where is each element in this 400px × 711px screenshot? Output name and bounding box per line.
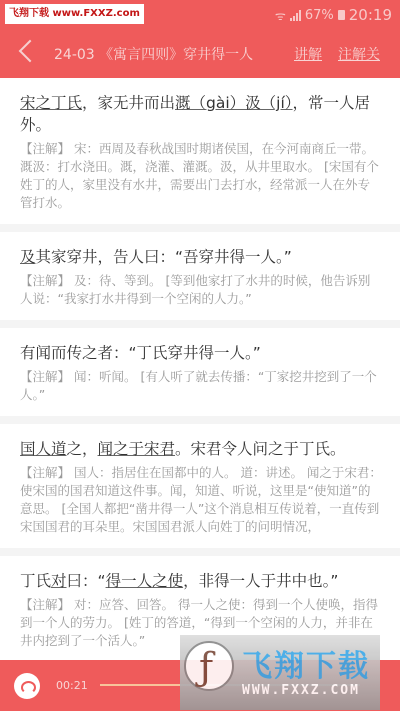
annotated-word[interactable]: 及 [20,248,36,266]
play-pause-button[interactable] [14,673,40,699]
text-fragment: 其家穿井，告人曰：“吾穿井得一人。” [36,248,292,266]
annotated-word[interactable]: 国人道 [20,440,67,458]
sentence-card[interactable]: 国人道之，闻之于宋君。宋君令人问之于丁氏。 【注解】 国人：指居住在国都中的人。… [0,424,400,548]
text-fragment: 丁氏 [20,572,51,590]
watermark-overlay: 飞翔下载 WWW.FXXZ.COM [180,635,380,710]
text-fragment: 曰：“ [67,572,106,590]
watermark-logo-icon [184,641,234,691]
sentence-card[interactable]: 有闻而传之者：“丁氏穿井得一人。” 【注解】 闻：听闻。 [有人听了就去传播：“… [0,328,400,416]
lesson-content: 宋之丁氏，家无井而出溉（gài）汲（jí），常一人居外。 【注解】 宋：西周及春… [0,78,400,670]
annotation-text: 【注解】 及：待、等到。 [等到他家打了水井的时候，他告诉别人说：“我家打水井得… [20,272,382,308]
notes-toggle-button[interactable]: 注解关 [338,44,380,64]
battery-percent: 67% [305,8,334,23]
original-text: 宋之丁氏，家无井而出溉（gài）汲（jí），常一人居外。 [20,92,382,136]
annotated-word[interactable]: 对 [51,572,67,590]
battery-icon [338,10,345,20]
original-text: 及其家穿井，告人曰：“吾穿井得一人。” [20,246,382,268]
original-text: 丁氏对曰：“得一人之使，非得一人于井中也。” [20,570,382,592]
annotation-text: 【注解】 宋：西周及春秋战国时期诸侯国，在今河南商丘一带。 溉汲：打水浇田。溉，… [20,140,382,212]
annotation-text: 【注解】 闻：听闻。 [有人听了就去传播：“丁家挖井挖到了一个人。” [20,368,382,404]
current-time: 00:21 [56,679,88,692]
annotated-word[interactable]: 得一人之使 [106,572,184,590]
watermark-brand: 飞翔下载 [242,641,370,685]
wifi-icon: ᯤ [275,7,286,24]
back-arrow-icon[interactable] [14,38,40,68]
app-header: 飞翔下载 www.FXXZ.com ᯤ 67% 20:19 24-03 《寓言四… [0,0,400,78]
clock: 20:19 [349,6,392,24]
sentence-card[interactable]: 及其家穿井，告人曰：“吾穿井得一人。” 【注解】 及：待、等到。 [等到他家打了… [0,232,400,320]
annotation-text: 【注解】 国人：指居住在国都中的人。 道：讲述。 闻之于宋君：使宋国的国君知道这… [20,464,382,536]
text-fragment: 。宋君令人问之于丁氏。 [175,440,346,458]
watermark-url: WWW.FXXZ.COM [242,683,360,698]
annotated-word[interactable]: 宋之丁氏 [20,94,82,112]
text-fragment: ，家无井而出 [82,94,175,112]
text-fragment: 之， [67,440,98,458]
annotated-word[interactable]: 闻之于宋君 [98,440,176,458]
original-text: 国人道之，闻之于宋君。宋君令人问之于丁氏。 [20,438,382,460]
page-title: 24-03 《寓言四则》穿井得一人 [54,44,253,64]
sentence-card[interactable]: 宋之丁氏，家无井而出溉（gài）汲（jí），常一人居外。 【注解】 宋：西周及春… [0,78,400,224]
status-bar: 飞翔下载 www.FXXZ.com ᯤ 67% 20:19 [0,0,400,30]
text-fragment: ，非得一人于井中也。” [183,572,338,590]
status-indicators: ᯤ 67% 20:19 [275,6,392,24]
signal-icon [290,10,301,21]
explain-button[interactable]: 讲解 [294,44,322,64]
progress-fill [100,684,180,686]
watermark-badge: 飞翔下载 www.FXXZ.com [5,4,144,24]
toolbar: 24-03 《寓言四则》穿井得一人 讲解 注解关 [0,30,400,78]
annotated-word[interactable]: 溉（gài）汲（jí） [175,94,293,112]
original-text: 有闻而传之者：“丁氏穿井得一人。” [20,342,382,364]
